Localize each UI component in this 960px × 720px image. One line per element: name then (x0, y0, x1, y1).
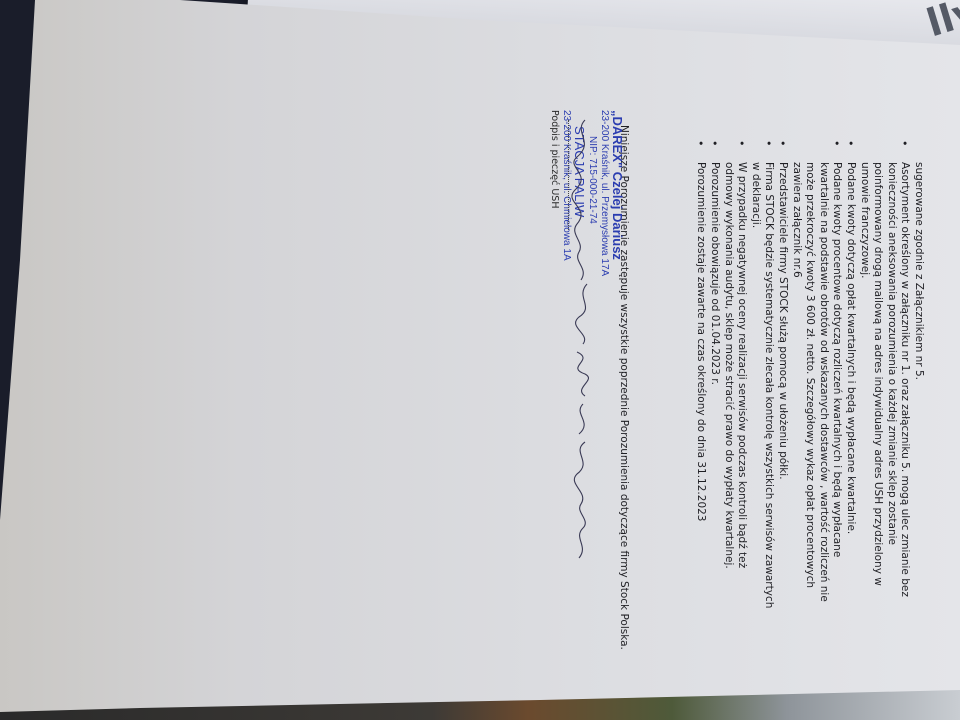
clause-continuation: sugerowane zgodnie z Załącznikiem nr 5. (911, 140, 925, 610)
clause-valid-from: Porozumienie obowiązuje od 01.04.2023 r. (708, 140, 722, 610)
document-body: sugerowane zgodnie z Załącznikiem nr 5. … (694, 140, 925, 610)
stamp-company-name: „DAREX" Czelej Dariusz (610, 110, 624, 276)
background-partial-text: lly (922, 0, 960, 45)
clause-negative-audit: W przypadku negatywnej oceny realizacji … (721, 140, 748, 610)
clause-assortment: Asortyment określony w załączniku nr 1. … (857, 140, 911, 610)
clause-shelf-help: Przedstawiciele firmy STOCK służą pomocą… (775, 140, 789, 610)
signature-label: Podpis i pieczęć USH (549, 110, 560, 208)
handwritten-signature (555, 112, 605, 592)
clause-valid-until: Porozumienie zostaje zawarte na czas okr… (694, 140, 708, 610)
clause-quarterly-fees: Podane kwoty dotyczą opłat kwartalnych i… (843, 140, 857, 610)
clause-service-control: Firma STOCK będzie systematycznie zlecał… (748, 140, 775, 610)
signature-line (568, 120, 571, 230)
clause-list: sugerowane zgodnie z Załącznikiem nr 5. … (694, 140, 925, 610)
clause-percentage-fees: Podane kwoty procentowe dotyczą rozlicze… (789, 140, 843, 610)
